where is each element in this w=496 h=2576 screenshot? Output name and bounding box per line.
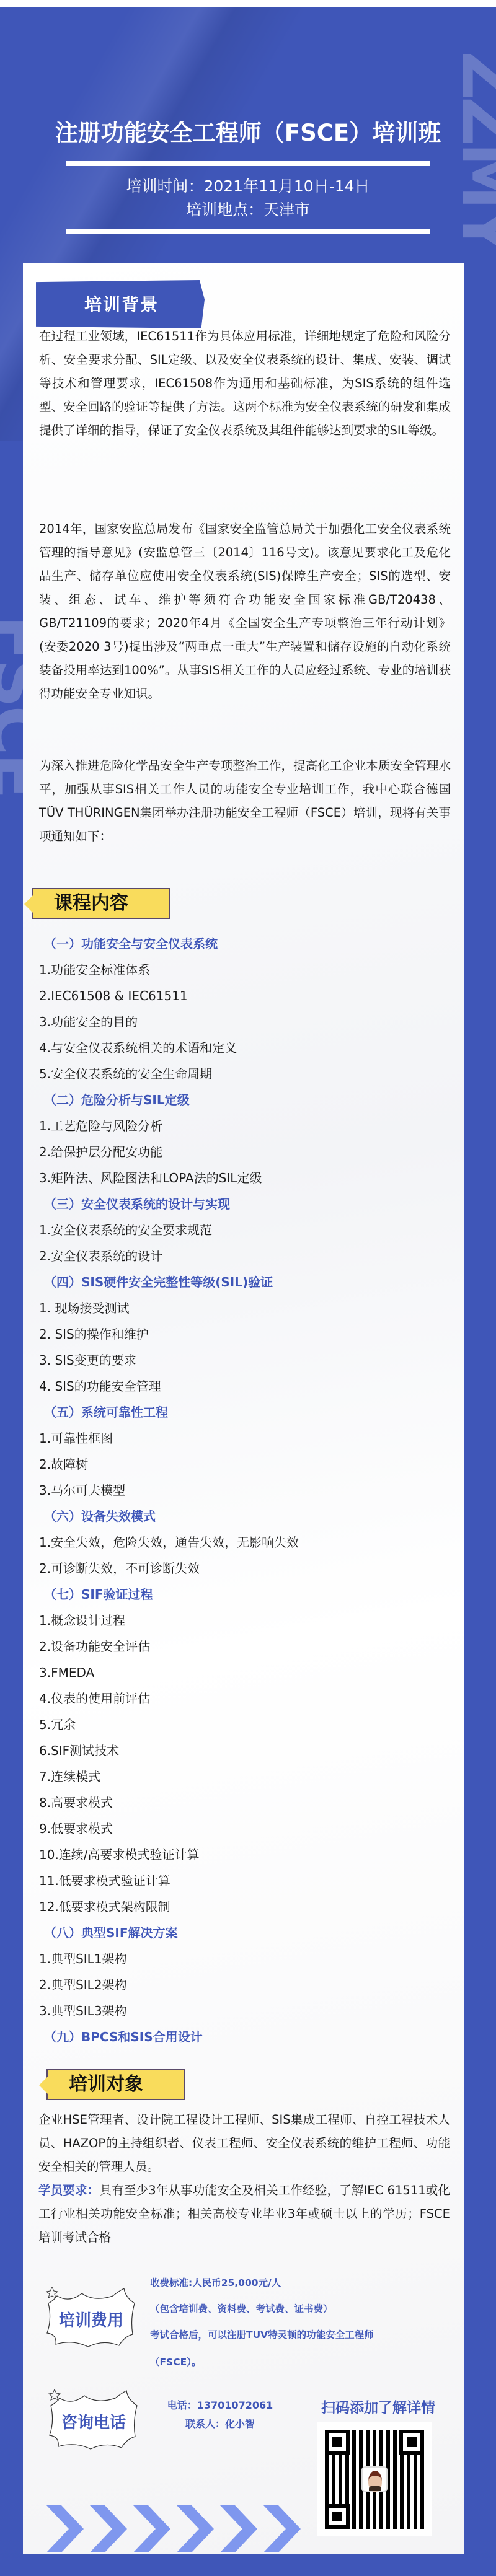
divider <box>66 229 430 234</box>
course-item: 3.典型SIL3架构 <box>39 1998 448 2024</box>
course-item: 1.可靠性框图 <box>39 1425 448 1451</box>
fee-bubble: 培训费用 <box>45 2285 138 2353</box>
course-section-title: （三）安全仪表系统的设计与实现 <box>39 1191 448 1217</box>
requirement-text: 具有至少3年从事功能安全及相关工作经验，了解IEC 61511或化工行业相关功能… <box>38 2183 450 2244</box>
course-section-title: （一）功能安全与安全仪表系统 <box>39 931 448 957</box>
course-item: 3.FMEDA <box>39 1659 448 1686</box>
chevron-right-icon <box>263 2505 301 2552</box>
course-item: 4. SIS的功能安全管理 <box>39 1373 448 1399</box>
course-item: 12.低要求模式架构限制 <box>39 1894 448 1920</box>
course-item: 1.功能安全标准体系 <box>39 957 448 983</box>
course-item: 1.安全失效，危险失效，通告失效，无影响失效 <box>39 1529 448 1555</box>
fee-certification: 考试合格后，可以注册TUV特灵顿的功能安全工程师 <box>150 2322 374 2348</box>
chevron-right-icon <box>133 2505 170 2552</box>
qr-code-pattern <box>325 2430 424 2529</box>
course-item: 1. 现场接受测试 <box>39 1295 448 1321</box>
page-title: 注册功能安全工程师（FSCE）培训班 <box>0 114 496 147</box>
course-item: 8.高要求模式 <box>39 1790 448 1816</box>
course-item: 2.IEC61508 & IEC61511 <box>39 983 448 1009</box>
course-item: 3.矩阵法、风险图法和LOPA法的SIL定级 <box>39 1165 448 1191</box>
qr-finder <box>325 2430 350 2455</box>
course-list: （一）功能安全与安全仪表系统 1.功能安全标准体系 2.IEC61508 & I… <box>39 931 448 2050</box>
course-item: 2. SIS的操作和维护 <box>39 1321 448 1347</box>
course-item: 3.功能安全的目的 <box>39 1009 448 1035</box>
course-item: 1.典型SIL1架构 <box>39 1946 448 1972</box>
training-time: 培训时间：2021年11月10日-14日 <box>0 175 496 198</box>
course-item: 1.概念设计过程 <box>39 1607 448 1633</box>
background-paragraph: 为深入推进危险化学品安全生产专项整治工作，提高化工企业本质安全管理水平，加强从事… <box>39 754 451 848</box>
contact-info: 电话：13701072061 联系人：化小智 <box>158 2396 282 2433</box>
contact-bubble: 咨询电话 <box>47 2387 140 2455</box>
chevron-right-icon <box>177 2505 214 2552</box>
course-item: 5.冗余 <box>39 1712 448 1738</box>
section-tag-course: 课程内容 <box>32 888 170 919</box>
section-tag-target: 培训对象 <box>46 2069 185 2100</box>
requirement-label: 学员要求： <box>38 2183 99 2197</box>
avatar-icon <box>361 2466 387 2492</box>
course-section-title: （八）典型SIF解决方案 <box>39 1920 448 1946</box>
target-text: 企业HSE管理者、设计院工程设计工程师、SIS集成工程师、自控工程技术人员、HA… <box>38 2112 450 2174</box>
contact-label: 咨询电话 <box>47 2387 140 2455</box>
course-item: 7.连续模式 <box>39 1764 448 1790</box>
fee-certification-cont: （FSCE）。 <box>150 2349 201 2375</box>
course-item: 1.安全仪表系统的安全要求规范 <box>39 1217 448 1243</box>
course-item: 4.与安全仪表系统相关的术语和定义 <box>39 1035 448 1061</box>
course-item: 2.设备功能安全评估 <box>39 1633 448 1659</box>
course-item: 3.马尔可夫模型 <box>39 1477 448 1503</box>
course-section-title: （五）系统可靠性工程 <box>39 1399 448 1425</box>
course-section-title: （六）设备失效模式 <box>39 1503 448 1529</box>
target-audience: 企业HSE管理者、设计院工程设计工程师、SIS集成工程师、自控工程技术人员、HA… <box>38 2108 450 2249</box>
contact-person: 联系人：化小智 <box>158 2415 282 2433</box>
course-item: 2.故障树 <box>39 1451 448 1477</box>
course-item: 5.安全仪表系统的安全生命周期 <box>39 1061 448 1087</box>
fee-includes: （包含培训费、资料费、考试费、证书费） <box>150 2296 333 2322</box>
background-paragraph: 2014年，国家安监总局发布《国家安全监管总局关于加强化工安全仪表系统管理的指导… <box>39 517 451 706</box>
course-item: 10.连续/高要求模式验证计算 <box>39 1842 448 1868</box>
course-item: 2.典型SIL2架构 <box>39 1972 448 1998</box>
scan-prompt: 扫码添加了解详情 <box>304 2396 453 2417</box>
background-paragraph: 在过程工业领域，IEC61511作为具体应用标准，详细地规定了危险和风险分析、安… <box>39 325 451 442</box>
course-item: 9.低要求模式 <box>39 1816 448 1842</box>
course-item: 2.安全仪表系统的设计 <box>39 1243 448 1269</box>
qr-finder <box>399 2430 424 2455</box>
course-item: 2.给保护层分配安功能 <box>39 1139 448 1165</box>
course-section-title: （九）BPCS和SIS合用设计 <box>39 2024 448 2050</box>
fee-standard: 收费标准:人民币25,000元/人 <box>150 2270 281 2296</box>
qr-finder <box>325 2504 350 2529</box>
course-item: 1.工艺危险与风险分析 <box>39 1113 448 1139</box>
course-section-title: （七）SIF验证过程 <box>39 1581 448 1607</box>
course-item: 11.低要求模式验证计算 <box>39 1868 448 1894</box>
course-section-title: （四）SIS硬件安全完整性等级(SIL)验证 <box>39 1269 448 1295</box>
contact-phone[interactable]: 电话：13701072061 <box>158 2396 282 2415</box>
course-section-title: （二）危险分析与SIL定级 <box>39 1087 448 1113</box>
chevron-arrows <box>46 2505 301 2552</box>
course-item: 4.仪表的使用前评估 <box>39 1686 448 1712</box>
poster: ZZMY FSCE 注册功能安全工程师（FSCE）培训班 培训时间：2021年1… <box>0 7 496 2576</box>
section-tag-background: 培训背景 <box>36 280 205 328</box>
divider <box>66 161 430 166</box>
qr-code[interactable] <box>317 2422 432 2536</box>
fee-label: 培训费用 <box>45 2285 138 2353</box>
chevron-right-icon <box>90 2505 127 2552</box>
course-item: 2.可诊断失效，不可诊断失效 <box>39 1555 448 1581</box>
training-location: 培训地点：天津市 <box>0 198 496 222</box>
chevron-right-icon <box>220 2505 257 2552</box>
chevron-right-icon <box>46 2505 84 2552</box>
course-item: 3. SIS变更的要求 <box>39 1347 448 1373</box>
course-item: 6.SIF测试技术 <box>39 1738 448 1764</box>
